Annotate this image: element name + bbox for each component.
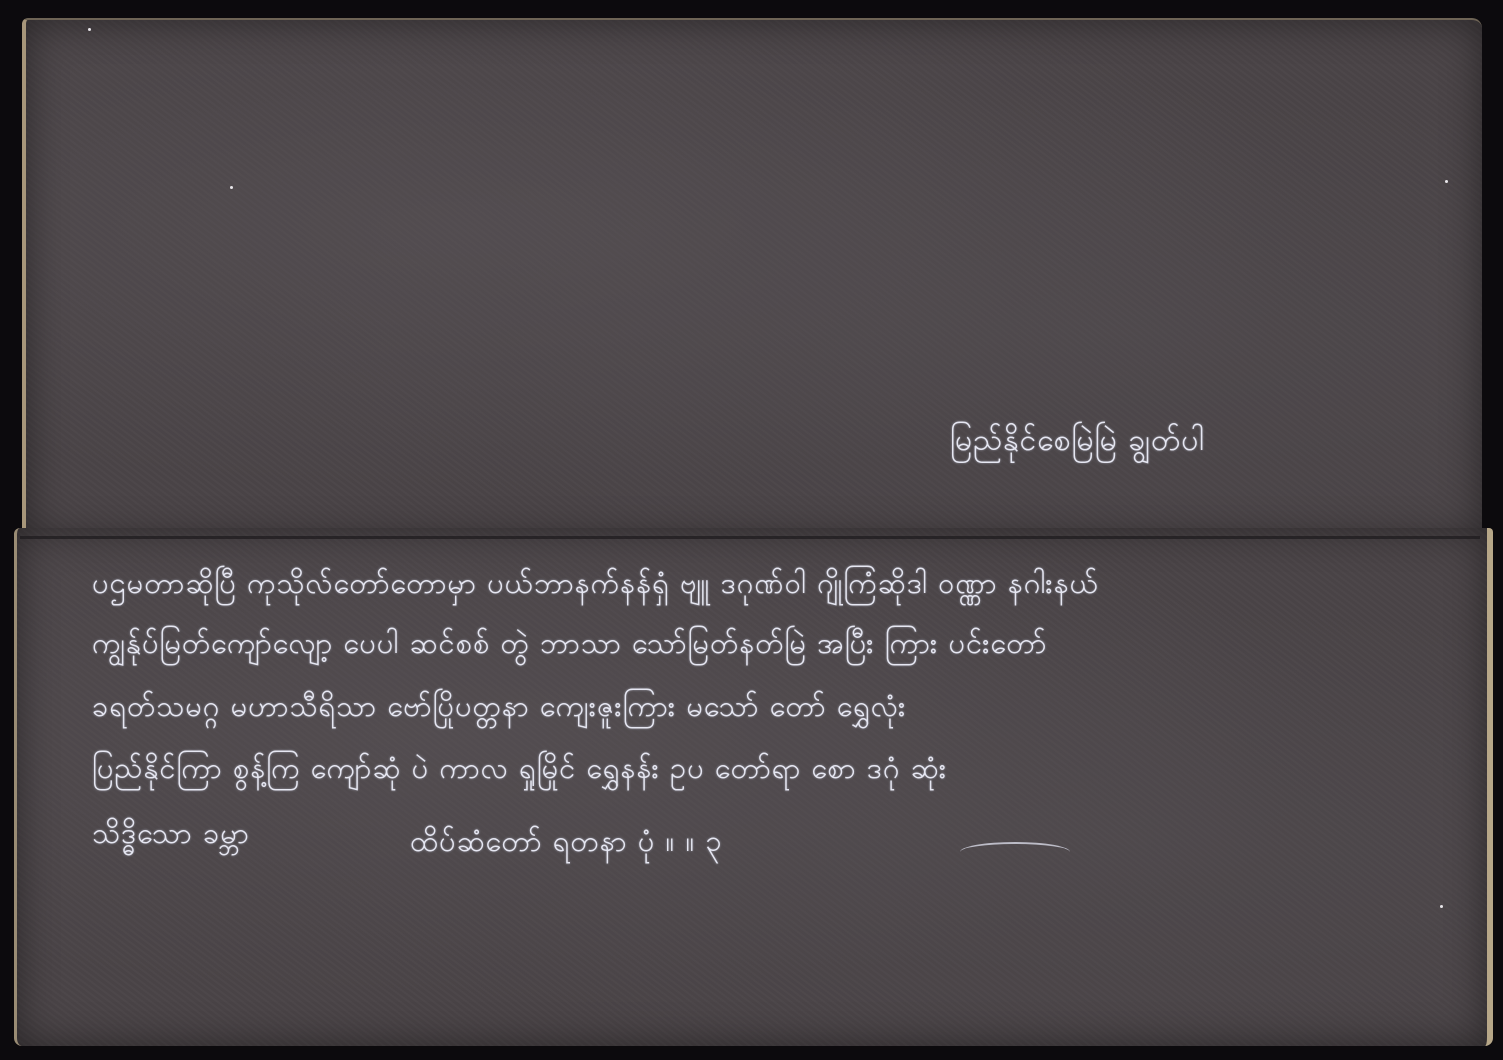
page-fold-crease: [20, 536, 1480, 539]
paper-speck: [1440, 905, 1443, 908]
manuscript-upper-leaf: [22, 18, 1482, 540]
manuscript-line: သိဒ္ဓိသော ခမ္ဘာ: [92, 815, 250, 858]
paper-speck: [1445, 180, 1448, 183]
ink-flourish: [960, 842, 1070, 862]
manuscript-heading: မြည်နိုင်စေမြဲမြဲ ချွတ်ပါ: [950, 420, 1205, 465]
manuscript-closing-line: ထိပ်ဆံတော် ရတနာ ပုံ ။ ။ ၃: [410, 823, 723, 866]
manuscript-line: ကျွန်ုပ်မြတ်ကျော်လျော့ ပေပါ ဆင်စစ် တွဲ ဘ…: [92, 625, 1047, 668]
manuscript-line: ခရတ်သမဂ္ဂ မဟာသီရိသာ ဗော်ပြိုပတ္တနာ ကျေးဇ…: [92, 688, 906, 731]
manuscript-line: ပြည်နိုင်ကြာ စွန့်ကြ ကျော်ဆုံ ပဲ ကာလ ရှု…: [92, 750, 947, 793]
paper-speck: [230, 186, 233, 189]
manuscript-line: ပဌမတာဆိုပြီ ကုသိုလ်တော်တောမှာ ပယ်ဘာနက်နန…: [92, 565, 1099, 608]
paper-speck: [88, 28, 91, 31]
